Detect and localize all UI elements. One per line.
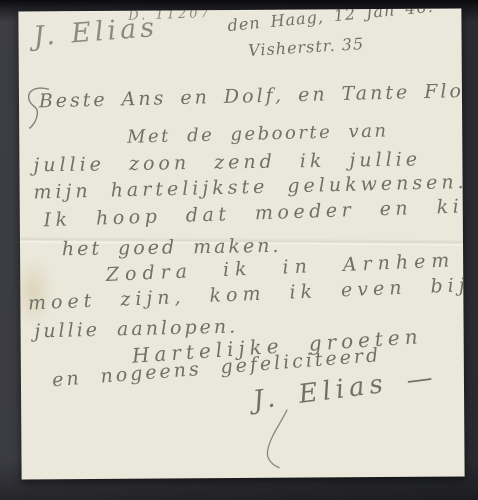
letter-paper: D. 11207 J. Elias den Haag, 12 Jan 46. V… <box>18 8 464 479</box>
body-line: jullie zoon zend ik jullie <box>33 148 421 176</box>
place-date-line: den Haag, 12 Jan 46. <box>227 8 435 35</box>
address-line: Visherstr. 35 <box>248 34 365 60</box>
salutation-line: Beste Ans en Dolf, en Tante Flora <box>39 79 465 112</box>
photo-background: D. 11207 J. Elias den Haag, 12 Jan 46. V… <box>0 0 478 500</box>
body-line: Met de geboorte van <box>127 120 389 147</box>
body-line: het goed maken. <box>62 235 282 260</box>
owner-annotation: J. Elias <box>32 12 159 52</box>
signature-flourish <box>265 408 295 470</box>
